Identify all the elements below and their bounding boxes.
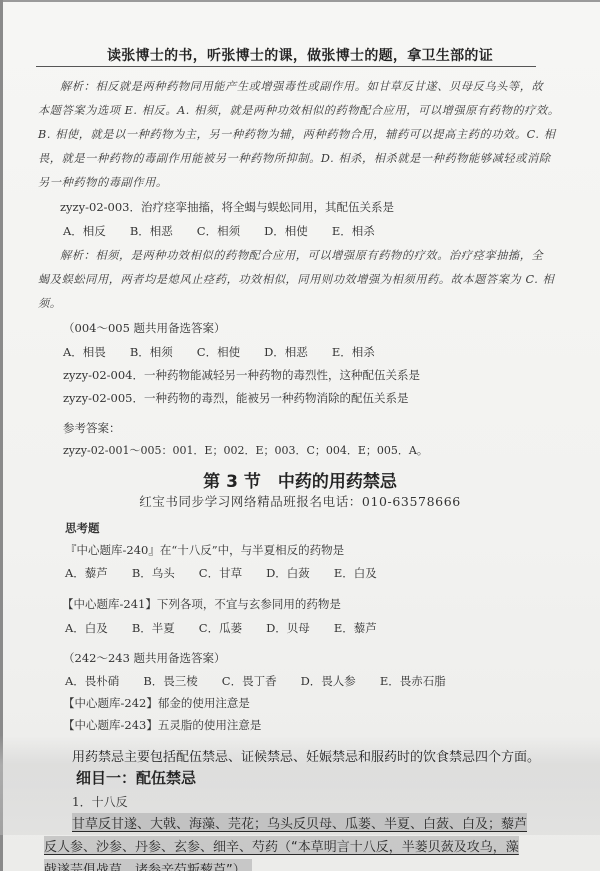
section-subtitle: 红宝书同步学习网络精品班报名电话：010-63578666	[0, 492, 600, 510]
highlighted-text-line: 反人参、沙参、丹参、玄参、细辛、芍药（“本草明言十八反，半蒌贝蔹及攻乌，藻	[44, 836, 519, 855]
group-note-242-243: （242～243 题共用备选答案）	[63, 650, 226, 666]
analysis-line: 解析：相须，是两种功效相似的药物配合应用，可以增强原有药物的疗效。治疗痉挛抽搐，…	[60, 247, 543, 263]
option-d: D．白蔹	[266, 565, 310, 581]
answers-text: zyzy-02-001～005：001．E；002．E；003．C；004．E；…	[63, 442, 428, 458]
option-b: B．乌头	[132, 565, 175, 581]
option-b: B．半夏	[132, 620, 175, 636]
answers-label: 参考答案：	[63, 420, 121, 436]
option-c: C．甘草	[199, 565, 242, 581]
options-004-005: A．相畏B．相须C．相使D．相恶E．相杀	[63, 344, 399, 360]
option-b: B．畏三棱	[143, 673, 197, 689]
option-e: E．畏赤石脂	[380, 673, 446, 689]
option-c: C．畏丁香	[222, 673, 277, 689]
option-e: E．相杀	[332, 344, 375, 360]
option-b: B．相须	[130, 344, 173, 360]
analysis-line: B. 相使，就是以一种药物为主，另一种药物为辅，两种药物合用，辅药可以提高主药的…	[38, 126, 556, 142]
question-stem-004: zyzy-02-004．一种药物能减轻另一种药物的毒烈性，这种配伍关系是	[63, 367, 420, 383]
highlighted-text-line: 甘草反甘遂、大戟、海藻、芫花；乌头反贝母、瓜蒌、半夏、白蔹、白及；藜芦	[72, 813, 527, 832]
options-242-243: A．畏朴硝B．畏三棱C．畏丁香D．畏人参E．畏赤石脂	[65, 673, 470, 689]
analysis-line: 另一种药物的毒副作用。	[38, 174, 168, 190]
page-top-edge	[0, 0, 600, 2]
header-divider	[36, 66, 536, 67]
option-d: D．畏人参	[301, 673, 356, 689]
subheading: 细目一：配伍禁忌	[76, 767, 196, 788]
option-d: D．相恶	[264, 344, 308, 360]
question-stem-003: zyzy-02-003．治疗痉挛抽搐，将全蝎与蜈蚣同用，其配伍关系是	[60, 199, 394, 215]
option-a: A．白及	[65, 620, 108, 636]
analysis-line: 须。	[38, 295, 62, 311]
running-header: 读张博士的书，听张博士的课，做张博士的题，拿卫生部的证	[0, 45, 600, 65]
question-stem-242: 【中心题库-242】郁金的使用注意是	[63, 695, 250, 711]
section-title: 第 3 节 中药的用药禁忌	[0, 467, 600, 492]
question-stem-005: zyzy-02-005．一种药物的毒烈，能被另一种药物消除的配伍关系是	[63, 390, 408, 406]
document-page: 读张博士的书，听张博士的课，做张博士的题，拿卫生部的证 解析：相反就是两种药物同…	[0, 0, 600, 871]
option-c: C．相须	[197, 223, 240, 239]
thinking-label: 思考题	[65, 520, 100, 536]
option-d: D．贝母	[266, 620, 310, 636]
option-a: A．相畏	[63, 344, 106, 360]
item-heading: 1．十八反	[72, 793, 128, 810]
question-stem-241: 【中心题库-241】下列各项，不宜与玄参同用的药物是	[62, 596, 341, 612]
option-c: C．瓜蒌	[199, 620, 242, 636]
option-e: E．白及	[334, 565, 377, 581]
analysis-line: 畏，就是一种药物的毒副作用能被另一种药物所抑制。D. 相杀，相杀就是一种药物能够…	[38, 150, 551, 166]
group-note-004-005: （004～005 题共用备选答案）	[63, 320, 226, 336]
option-c: C．相使	[197, 344, 240, 360]
analysis-line: 蝎及蜈蚣同用，两者均是熄风止痉药，功效相似，同用则功效增强为相须用药。故本题答案…	[38, 271, 554, 287]
option-e: E．藜芦	[334, 620, 377, 636]
question-stem-240: 『中心题库-240』在“十八反”中，与半夏相反的药物是	[65, 542, 344, 558]
analysis-line: 本题答案为选项 E. 相反。A. 相须，就是两种功效相似的药物配合应用，可以增强…	[38, 102, 560, 118]
option-d: D．相使	[264, 223, 308, 239]
option-a: A．藜芦	[65, 565, 108, 581]
highlighted-text-line: 戟遂芫俱战草，诸参辛芍叛藜芦”）。	[44, 859, 252, 871]
options-240: A．藜芦B．乌头C．甘草D．白蔹E．白及	[65, 565, 401, 581]
options-241: A．白及B．半夏C．瓜蒌D．贝母E．藜芦	[65, 620, 401, 636]
analysis-line: 解析：相反就是两种药物同用能产生或增强毒性或副作用。如甘草反甘遂、贝母反乌头等，…	[60, 78, 543, 94]
option-a: A．畏朴硝	[65, 673, 119, 689]
intro-paragraph: 用药禁忌主要包括配伍禁忌、证候禁忌、妊娠禁忌和服药时的饮食禁忌四个方面。	[72, 746, 540, 765]
option-e: E．相杀	[332, 223, 375, 239]
options-003: A．相反B．相恶C．相须D．相使E．相杀	[63, 223, 399, 239]
question-stem-243: 【中心题库-243】五灵脂的使用注意是	[63, 717, 261, 733]
option-a: A．相反	[63, 223, 106, 239]
option-b: B．相恶	[130, 223, 173, 239]
